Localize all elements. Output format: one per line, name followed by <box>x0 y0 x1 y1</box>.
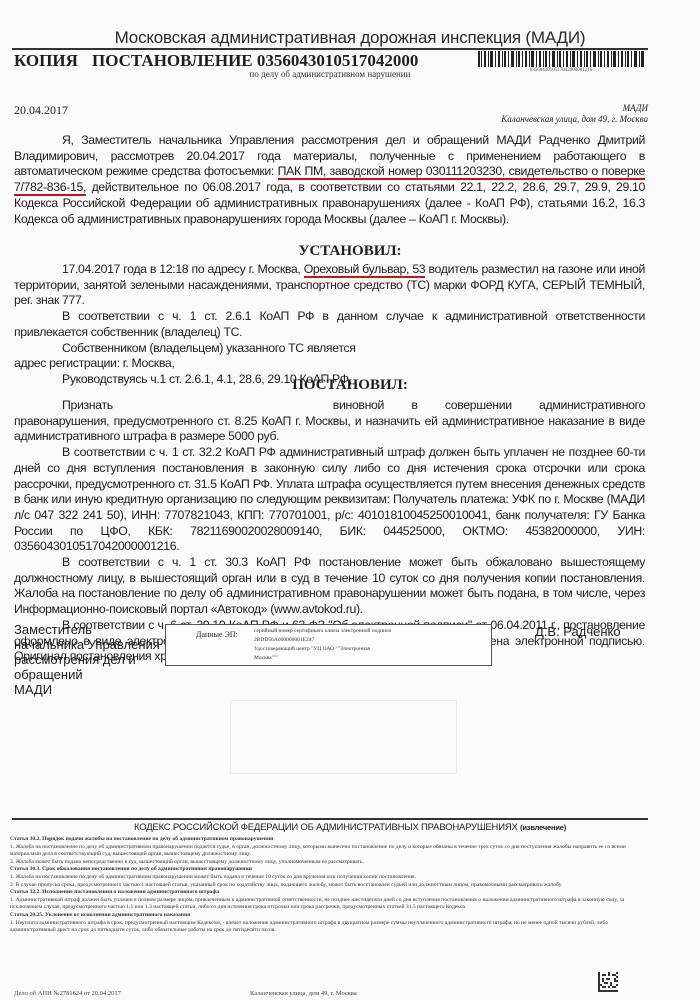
bleed-through-table <box>230 700 457 774</box>
article-item: 1. Неуплата административного штрафа в с… <box>10 920 650 935</box>
code-extract: Статья 30.2. Порядок подачи жалобы на по… <box>10 836 650 935</box>
issuer-address: Каланчевская улица, дом 49, г. Москва <box>501 114 648 124</box>
appeal-paragraph: В соответствии с ч. 1 ст. 30.3 КоАП РФ п… <box>14 555 645 618</box>
article-item: 1. Жалоба на постановление по делу об ад… <box>10 874 650 882</box>
payment-paragraph: В соответствии с ч. 1 ст. 32.2 КоАП РФ а… <box>14 445 645 555</box>
article-item: 1. Административный штраф должен быть уп… <box>10 897 650 912</box>
intro-paragraph: Я, Заместитель начальника Управления рас… <box>14 133 645 227</box>
registration-paragraph: адрес регистрации: г. Москва, <box>14 356 645 372</box>
violation-paragraph: 17.04.2017 года в 12:18 по адресу г. Мос… <box>14 262 645 309</box>
intro-text-cont: действительное по 06.08.2017 года, в соо… <box>14 180 645 225</box>
issuer-name: МАДИ <box>623 103 648 113</box>
position-line: начальника Управления <box>14 637 160 652</box>
esign-stamp: Данные ЭП: серийный номер сертификата кл… <box>165 624 492 666</box>
address-underlined: Ореховый бульвар, 53 <box>304 262 426 278</box>
position-line: Заместитель <box>14 622 160 637</box>
article-title: Статья 30.3. Срок обжалования постановле… <box>10 866 650 874</box>
position-line: МАДИ <box>14 682 160 697</box>
violation-text: 17.04.2017 года в 12:18 по адресу г. Мос… <box>62 262 304 276</box>
qr-code-icon <box>598 972 618 992</box>
barcode-number: 0356043010517042000001216 <box>478 68 644 73</box>
guilty-paragraph: Признатьвиновной в совершении администра… <box>14 398 645 445</box>
established-heading: УСТАНОВИЛ: <box>0 243 700 260</box>
signer-position: Заместитель начальника Управления рассмо… <box>14 622 160 697</box>
document-title: ПОСТАНОВЛЕНИЕ 0356043010517042000 <box>92 51 418 71</box>
esign-serial: 2BDD56A000000001E247 <box>254 637 314 643</box>
extract-divider <box>12 818 648 820</box>
header-divider <box>12 48 648 50</box>
esign-line: Удостоверяющий центр "УЦ ОАО ""Электронн… <box>254 646 370 652</box>
esign-line: Москва""" <box>254 655 278 661</box>
position-line: обращений <box>14 667 160 682</box>
owner-paragraph: Собственником (владельцем) указанного ТС… <box>14 341 645 357</box>
extract-note: (извлечение) <box>520 823 566 832</box>
copy-label: КОПИЯ <box>14 51 78 71</box>
guilty-label: Признать <box>62 398 113 412</box>
extract-title: КОДЕКС РОССИЙСКОЙ ФЕДЕРАЦИИ ОБ АДМИНИСТР… <box>134 822 518 833</box>
organization-name: Московская административная дорожная инс… <box>0 28 700 48</box>
esign-label: Данные ЭП: <box>196 630 238 639</box>
footer-address: Каланчевская улица, дом 49, г. Москва <box>250 990 357 997</box>
position-line: рассмотрения дел и <box>14 652 160 667</box>
esign-line: серийный номер сертификата ключа электро… <box>254 628 391 634</box>
extract-heading: КОДЕКС РОССИЙСКОЙ ФЕДЕРАЦИИ ОБ АДМИНИСТР… <box>0 822 700 833</box>
established-section: 17.04.2017 года в 12:18 по адресу г. Мос… <box>14 262 645 388</box>
barcode-icon <box>478 51 644 67</box>
document-date: 20.04.2017 <box>14 103 68 118</box>
article-title: Статья 32.2. Исполнение постановления о … <box>10 889 650 897</box>
footer-case: Дело об АПН №2781624 от 20.04.2017 <box>14 990 121 997</box>
article-item: 1. Жалоба на постановление по делу об ад… <box>10 844 650 859</box>
article-title: Статья 30.2. Порядок подачи жалобы на по… <box>10 836 650 844</box>
signer-name: Д.В. Радченко <box>535 624 621 639</box>
resolved-heading: ПОСТАНОВИЛ: <box>0 377 700 394</box>
intro-section: Я, Заместитель начальника Управления рас… <box>14 133 645 227</box>
article-title: Статья 20.25. Уклонение от исполнения ад… <box>10 912 650 920</box>
liability-paragraph: В соответствии с ч. 1 ст. 2.6.1 КоАП РФ … <box>14 309 645 340</box>
